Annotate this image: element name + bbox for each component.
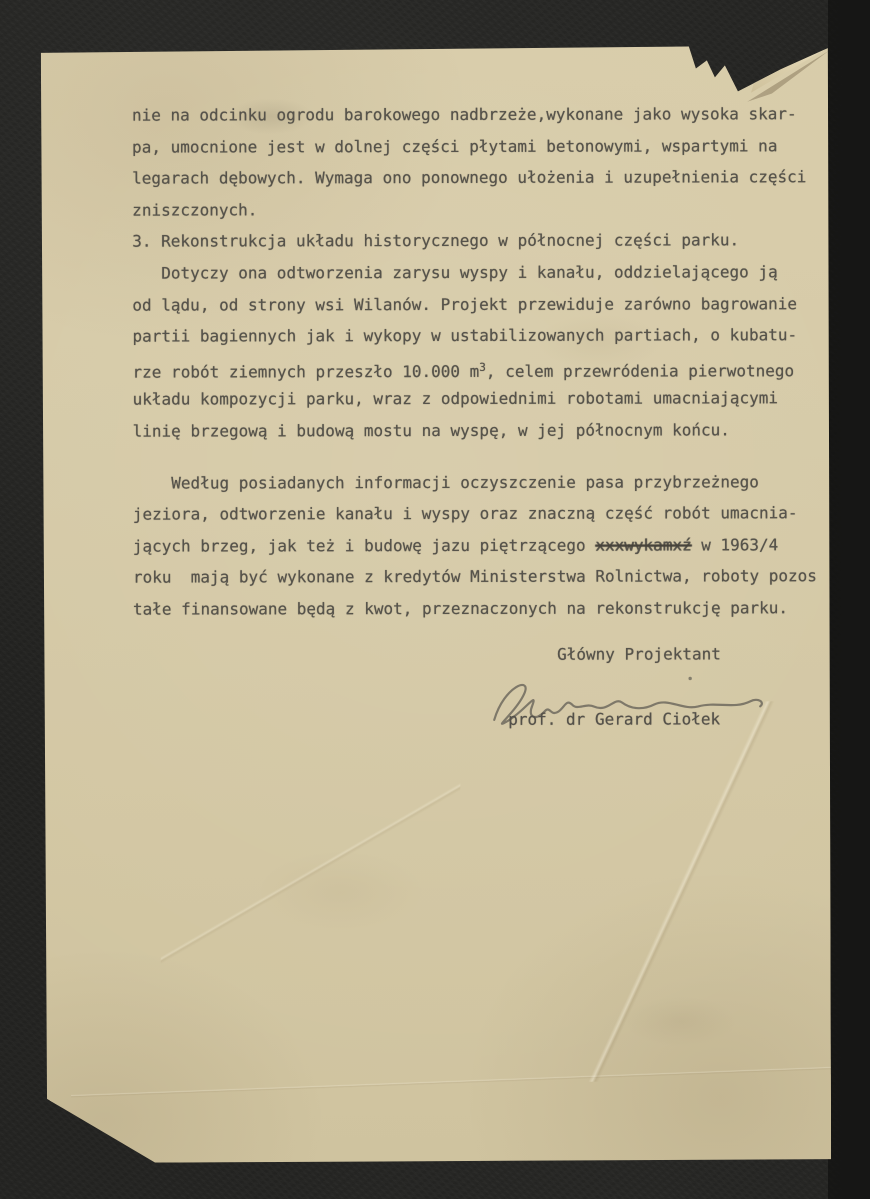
text-line: tałe finansowane będą z kwot, przeznaczo… [133, 592, 817, 625]
text-line: Dotyczy ona odtworzenia zarysu wyspy i k… [132, 256, 816, 289]
text-line: rze robót ziemnych przeszło 10.000 m3, c… [132, 351, 816, 384]
text-line: legarach dębowych. Wymaga ono ponownego … [132, 161, 816, 194]
text-line: zniszczonych. [132, 193, 816, 226]
overstruck-word: xxxwykamxź [595, 535, 691, 554]
text-line: roku mają być wykonane z kredytów Minist… [133, 561, 817, 594]
document-text: nie na odcinku ogrodu barokowego nadbrze… [132, 98, 817, 625]
text-line: 3. Rekonstrukcja układu historycznego w … [132, 225, 816, 258]
background-dark-band [828, 0, 870, 1199]
text-line: jących brzeg, jak też i budowę jazu pięt… [133, 529, 817, 562]
text-line: pa, umocnione jest w dolnej części płyta… [132, 130, 816, 163]
signature-role: Główny Projektant [557, 644, 721, 663]
scanned-paper-sheet: nie na odcinku ogrodu barokowego nadbrze… [39, 41, 831, 1166]
text-line: partii bagiennych jak i wykopy w ustabil… [132, 319, 816, 352]
text-line: Według posiadanych informacji oczyszczen… [133, 466, 817, 499]
text-line: jeziora, odtworzenie kanału i wyspy oraz… [133, 497, 817, 530]
text-line: układu kompozycji parku, wraz z odpowied… [133, 383, 817, 416]
text-line: od lądu, od strony wsi Wilanów. Projekt … [132, 288, 816, 321]
text-line: linię brzegową i budową mostu na wyspę, … [133, 414, 817, 447]
blank-line [133, 446, 817, 467]
signatory-name: prof. dr Gerard Ciołek [508, 709, 720, 728]
handwritten-signature [480, 673, 780, 742]
text-line: nie na odcinku ogrodu barokowego nadbrze… [132, 98, 816, 131]
